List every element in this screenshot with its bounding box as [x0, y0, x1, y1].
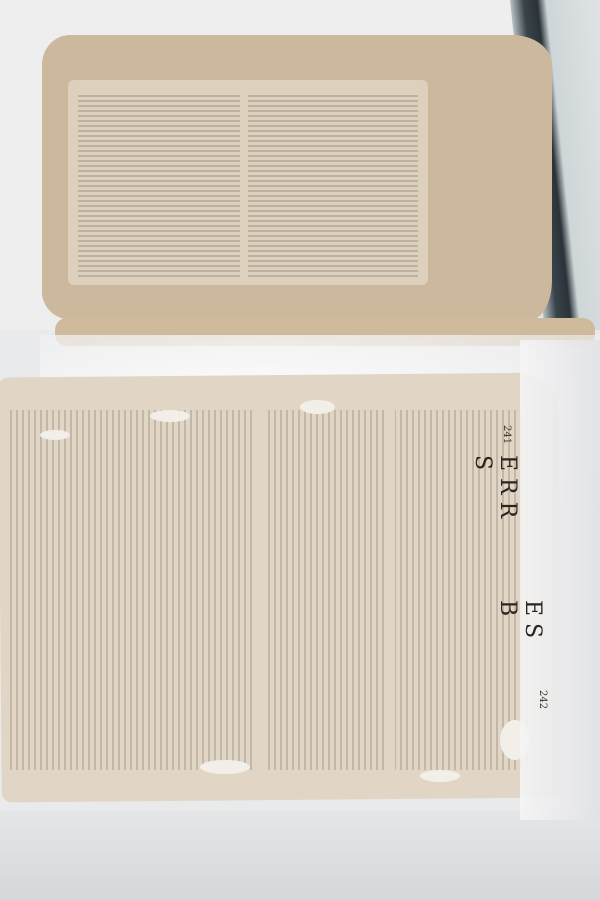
bottom-page-text-columns	[10, 410, 530, 770]
bottom-support-sheet	[0, 810, 600, 900]
insect-hole	[40, 430, 70, 440]
running-head-esb: E S B	[495, 600, 545, 655]
bottom-page-gutter-1	[255, 410, 267, 770]
insect-hole	[420, 770, 460, 782]
insect-hole	[300, 400, 335, 414]
running-head-errs: E R R S	[470, 455, 520, 535]
page-number-241: 241	[501, 425, 512, 444]
page-number-242: 242	[537, 690, 548, 709]
insect-hole	[200, 760, 250, 774]
insect-hole	[150, 410, 190, 422]
top-page-text-lines	[78, 92, 418, 277]
bottom-page-gutter-2	[385, 410, 395, 770]
top-page-column-gutter	[240, 92, 248, 277]
conservation-tissue-right	[520, 340, 600, 820]
